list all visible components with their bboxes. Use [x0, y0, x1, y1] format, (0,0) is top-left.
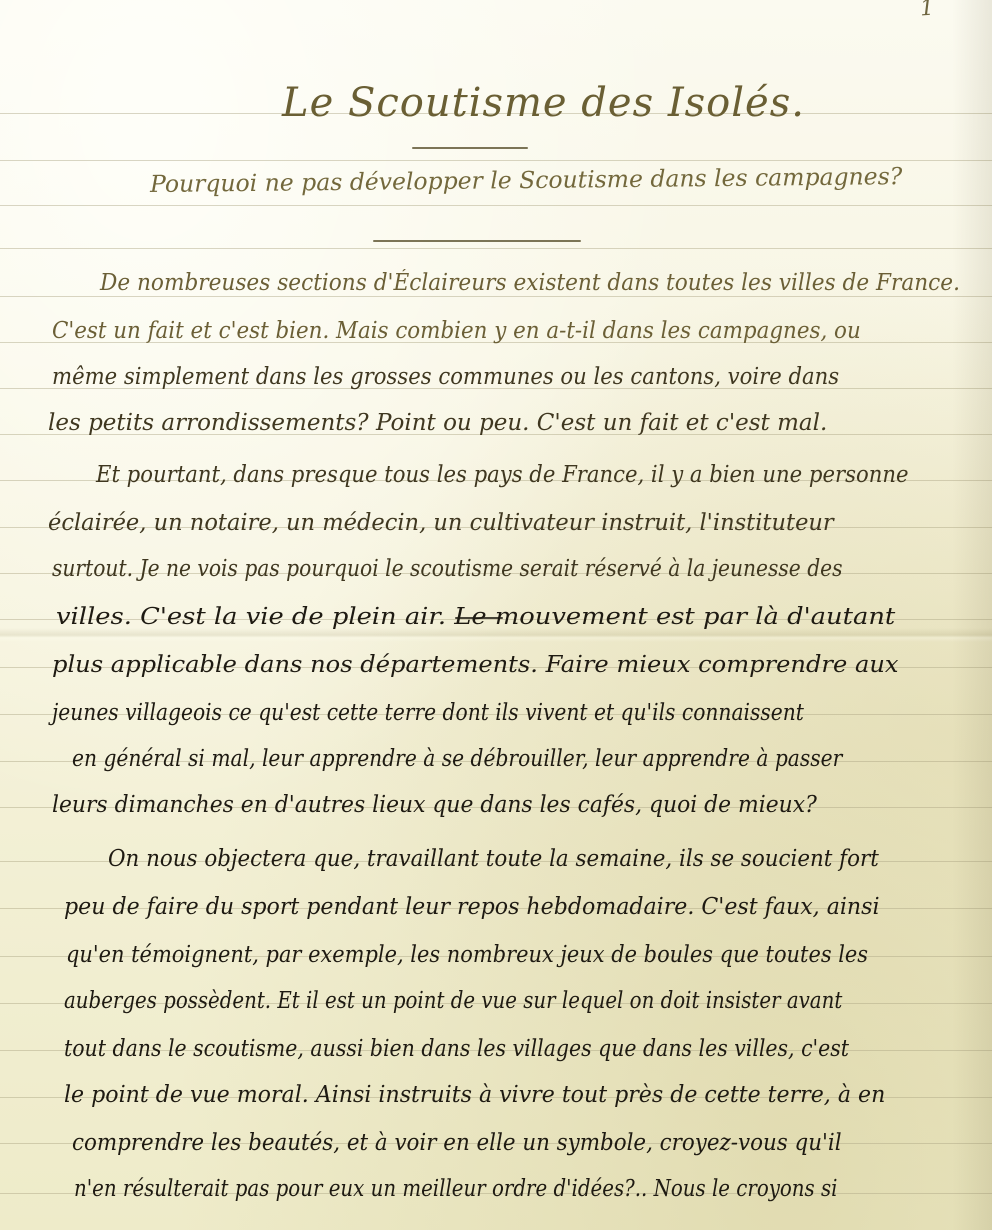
text-line: le point de vue moral. Ainsi instruits à…	[64, 1082, 885, 1108]
text-line: leurs dimanches en d'autres lieux que da…	[52, 792, 817, 818]
manuscript-page: 1 Le Scoutisme des Isolés. Pourquoi ne p…	[0, 0, 992, 1230]
text-line: qu'en témoignent, par exemple, les nombr…	[66, 942, 868, 968]
text-line: C'est un fait et c'est bien. Mais combie…	[52, 318, 861, 344]
paper-fold-crease	[0, 628, 992, 642]
subtitle-divider	[373, 240, 581, 242]
text-line: plus applicable dans nos départements. F…	[52, 652, 899, 678]
ruled-line	[0, 160, 992, 161]
page-subtitle: Pourquoi ne pas développer le Scoutisme …	[150, 162, 903, 198]
text-line: Et pourtant, dans presque tous les pays …	[96, 462, 908, 488]
text-line: éclairée, un notaire, un médecin, un cul…	[48, 510, 834, 536]
title-divider	[412, 147, 528, 149]
page-title: Le Scoutisme des Isolés.	[282, 80, 805, 126]
text-line: auberges possèdent. Et il est un point d…	[64, 988, 842, 1014]
text-line: même simplement dans les grosses commune…	[52, 364, 839, 390]
page-edge-shadow	[952, 0, 992, 1230]
text-line: jeunes villageois ce qu'est cette terre …	[52, 700, 804, 726]
ruled-line	[0, 248, 992, 249]
text-line: comprendre les beautés, et à voir en ell…	[72, 1130, 842, 1156]
page-number: 1	[919, 0, 935, 21]
ruled-line	[0, 296, 992, 297]
text-line: n'en résulterait pas pour eux un meilleu…	[74, 1176, 837, 1202]
ruled-line	[0, 205, 992, 206]
text-line: les petits arrondissements? Point ou peu…	[48, 410, 827, 436]
strikethrough-mark	[455, 617, 503, 619]
text-line: On nous objectera que, travaillant toute…	[108, 846, 879, 872]
text-line: De nombreuses sections d'Éclaireurs exis…	[100, 270, 960, 296]
text-line: tout dans le scoutisme, aussi bien dans …	[64, 1036, 849, 1062]
text-line: surtout. Je ne vois pas pourquoi le scou…	[52, 556, 843, 582]
text-line: peu de faire du sport pendant leur repos…	[64, 894, 880, 920]
text-line: en général si mal, leur apprendre à se d…	[72, 746, 842, 772]
